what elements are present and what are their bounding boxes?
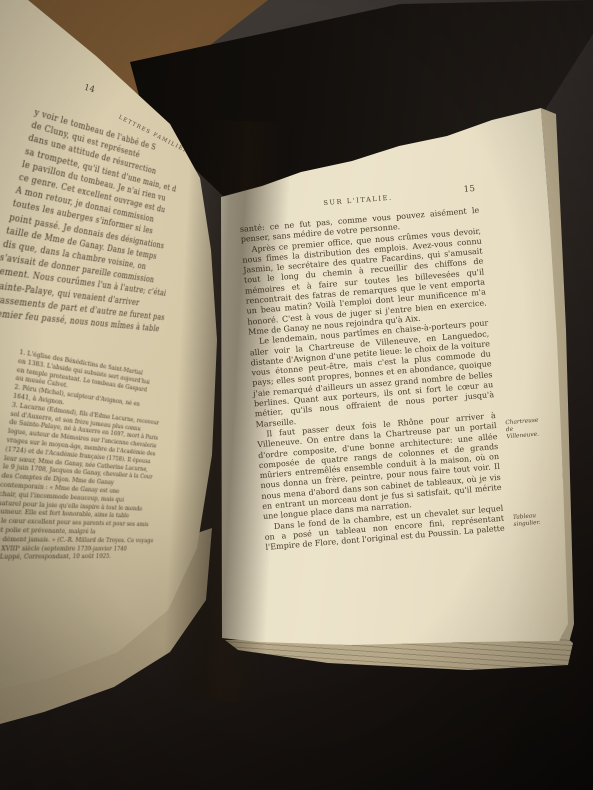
right-page-number: 15 <box>463 184 476 195</box>
book-photo-scene: 14 LETTRES FAMILIÈRES y voir le tombeau … <box>0 0 593 790</box>
margin-note-tableau: Tableau singulier. <box>513 512 552 529</box>
margin-note-chartreuse: Chartreuse de Villeneuve. <box>505 417 545 441</box>
